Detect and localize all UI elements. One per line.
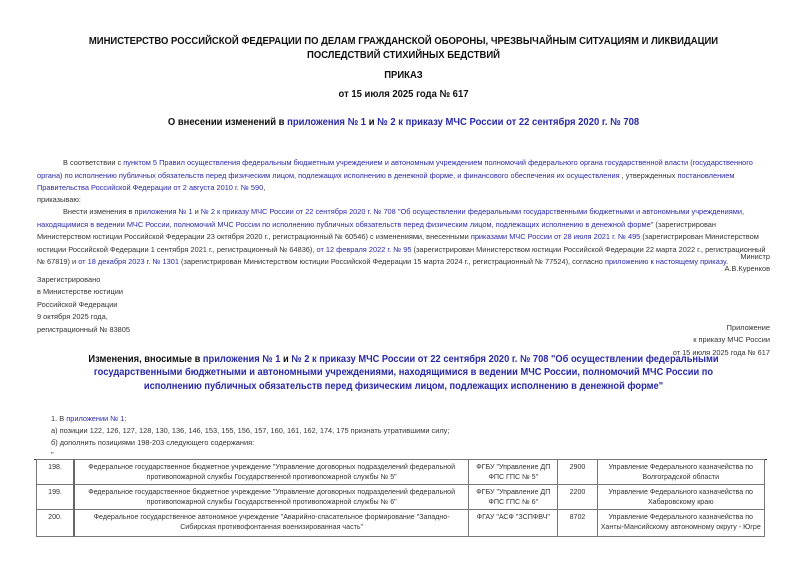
preamble-text-1: В соответствии с [63,158,123,167]
item-1b: б) дополнить позициями 198-203 следующег… [51,437,449,449]
signature-block: Министр А.В.Куренков [724,251,770,275]
order-date-number: от 15 июля 2025 года № 617 [56,88,751,102]
link-order-495[interactable]: приказами МЧС России от 28 июля 2021 г. … [471,232,640,241]
cell-code: 2200 [558,485,597,510]
ministry-heading: МИНИСТЕРСТВО РОССИЙСКОЙ ФЕДЕРАЦИИ ПО ДЕЛ… [56,35,751,63]
appendix-line: к приказу МЧС России [673,334,770,346]
item-1-prefix: 1. В [51,414,66,423]
cell-number: 199. [37,485,75,510]
cell-short-name: ФГАУ "АСФ "ЗСПФВЧ" [469,510,558,537]
item-1: 1. В приложении № 1: [51,413,449,425]
cell-short-name: ФГБУ "Управление ДП ФПС ГПС № 6" [469,485,558,510]
registration-line: 9 октября 2025 года, [37,311,130,323]
body-text-1: Внести изменения в [63,207,135,216]
appendix-line: Приложение [673,322,770,334]
cell-code: 8702 [558,510,597,537]
cell-institution-name: Федеральное государственное бюджетное уч… [74,460,469,485]
changes-title-prefix: Изменения, вносимые в [88,354,203,365]
cell-treasury: Управление Федерального казначейства по … [597,460,765,485]
link-order-1301[interactable]: от 18 декабря 2023 г. № 1301 [78,257,179,266]
link-changes-appendix-1[interactable]: приложения № 1 [203,354,280,365]
body-text-6: (зарегистрирован Министерством юстиции Р… [179,257,605,266]
cell-institution-name: Федеральное государственное автономное у… [74,510,469,537]
signature-position: Министр [724,251,770,263]
preamble-text-2: , утвержденных [620,171,678,180]
registration-block: Зарегистрировано в Министерстве юстиции … [37,274,130,336]
order-title-and: и [366,117,377,128]
link-appendix-to-order[interactable]: приложению к настоящему приказу [605,257,726,266]
document-type: ПРИКАЗ [56,69,751,83]
link-body-appendix-1[interactable]: приложения № 1 [135,207,193,216]
link-appendix-1[interactable]: приложения № 1 [287,117,366,128]
body-paragraph: Внести изменения в приложения № 1 и № 2 … [37,206,770,269]
table-row: 198. Федеральное государственное бюджетн… [37,460,765,485]
preamble-paragraph: В соответствии с пунктом 5 Правил осущес… [37,157,770,195]
positions-table: 198. Федеральное государственное бюджетн… [36,459,765,537]
item-1-suffix: : [124,414,126,423]
body-text-2: и [193,207,201,216]
table-row: 200. Федеральное государственное автоном… [37,510,765,537]
item-1a: а) позиции 122, 126, 127, 128, 130, 136,… [51,425,449,437]
order-word: приказываю: [37,194,770,207]
link-order-95[interactable]: от 12 февраля 2022 г. № 95 [317,245,412,254]
cell-short-name: ФГБУ "Управление ДП ФПС ГПС № 5" [469,460,558,485]
cell-number: 198. [37,460,75,485]
cell-institution-name: Федеральное государственное бюджетное уч… [74,485,469,510]
registration-line: регистрационный № 83805 [37,324,130,336]
signature-name: А.В.Куренков [724,263,770,275]
cell-treasury: Управление Федерального казначейства по … [597,485,765,510]
cell-code: 2900 [558,460,597,485]
changes-title-and: и [280,354,291,365]
changes-items: 1. В приложении № 1: а) позиции 122, 126… [51,413,449,461]
cell-treasury: Управление Федерального казначейства по … [597,510,765,537]
changes-title: Изменения, вносимые в приложения № 1 и №… [65,353,741,393]
order-title: О внесении изменений в приложения № 1 и … [56,116,751,130]
preamble-text-3: , [263,183,265,192]
order-title-prefix: О внесении изменений в [168,117,287,128]
registration-line: Российской Федерации [37,299,130,311]
link-order-708[interactable]: № 2 к приказу МЧС России от 22 сентября … [377,117,639,128]
registration-line: в Министерстве юстиции [37,286,130,298]
link-item-appendix-1[interactable]: приложении № 1 [66,414,124,423]
table-row: 199. Федеральное государственное бюджетн… [37,485,765,510]
registration-line: Зарегистрировано [37,274,130,286]
cell-number: 200. [37,510,75,537]
